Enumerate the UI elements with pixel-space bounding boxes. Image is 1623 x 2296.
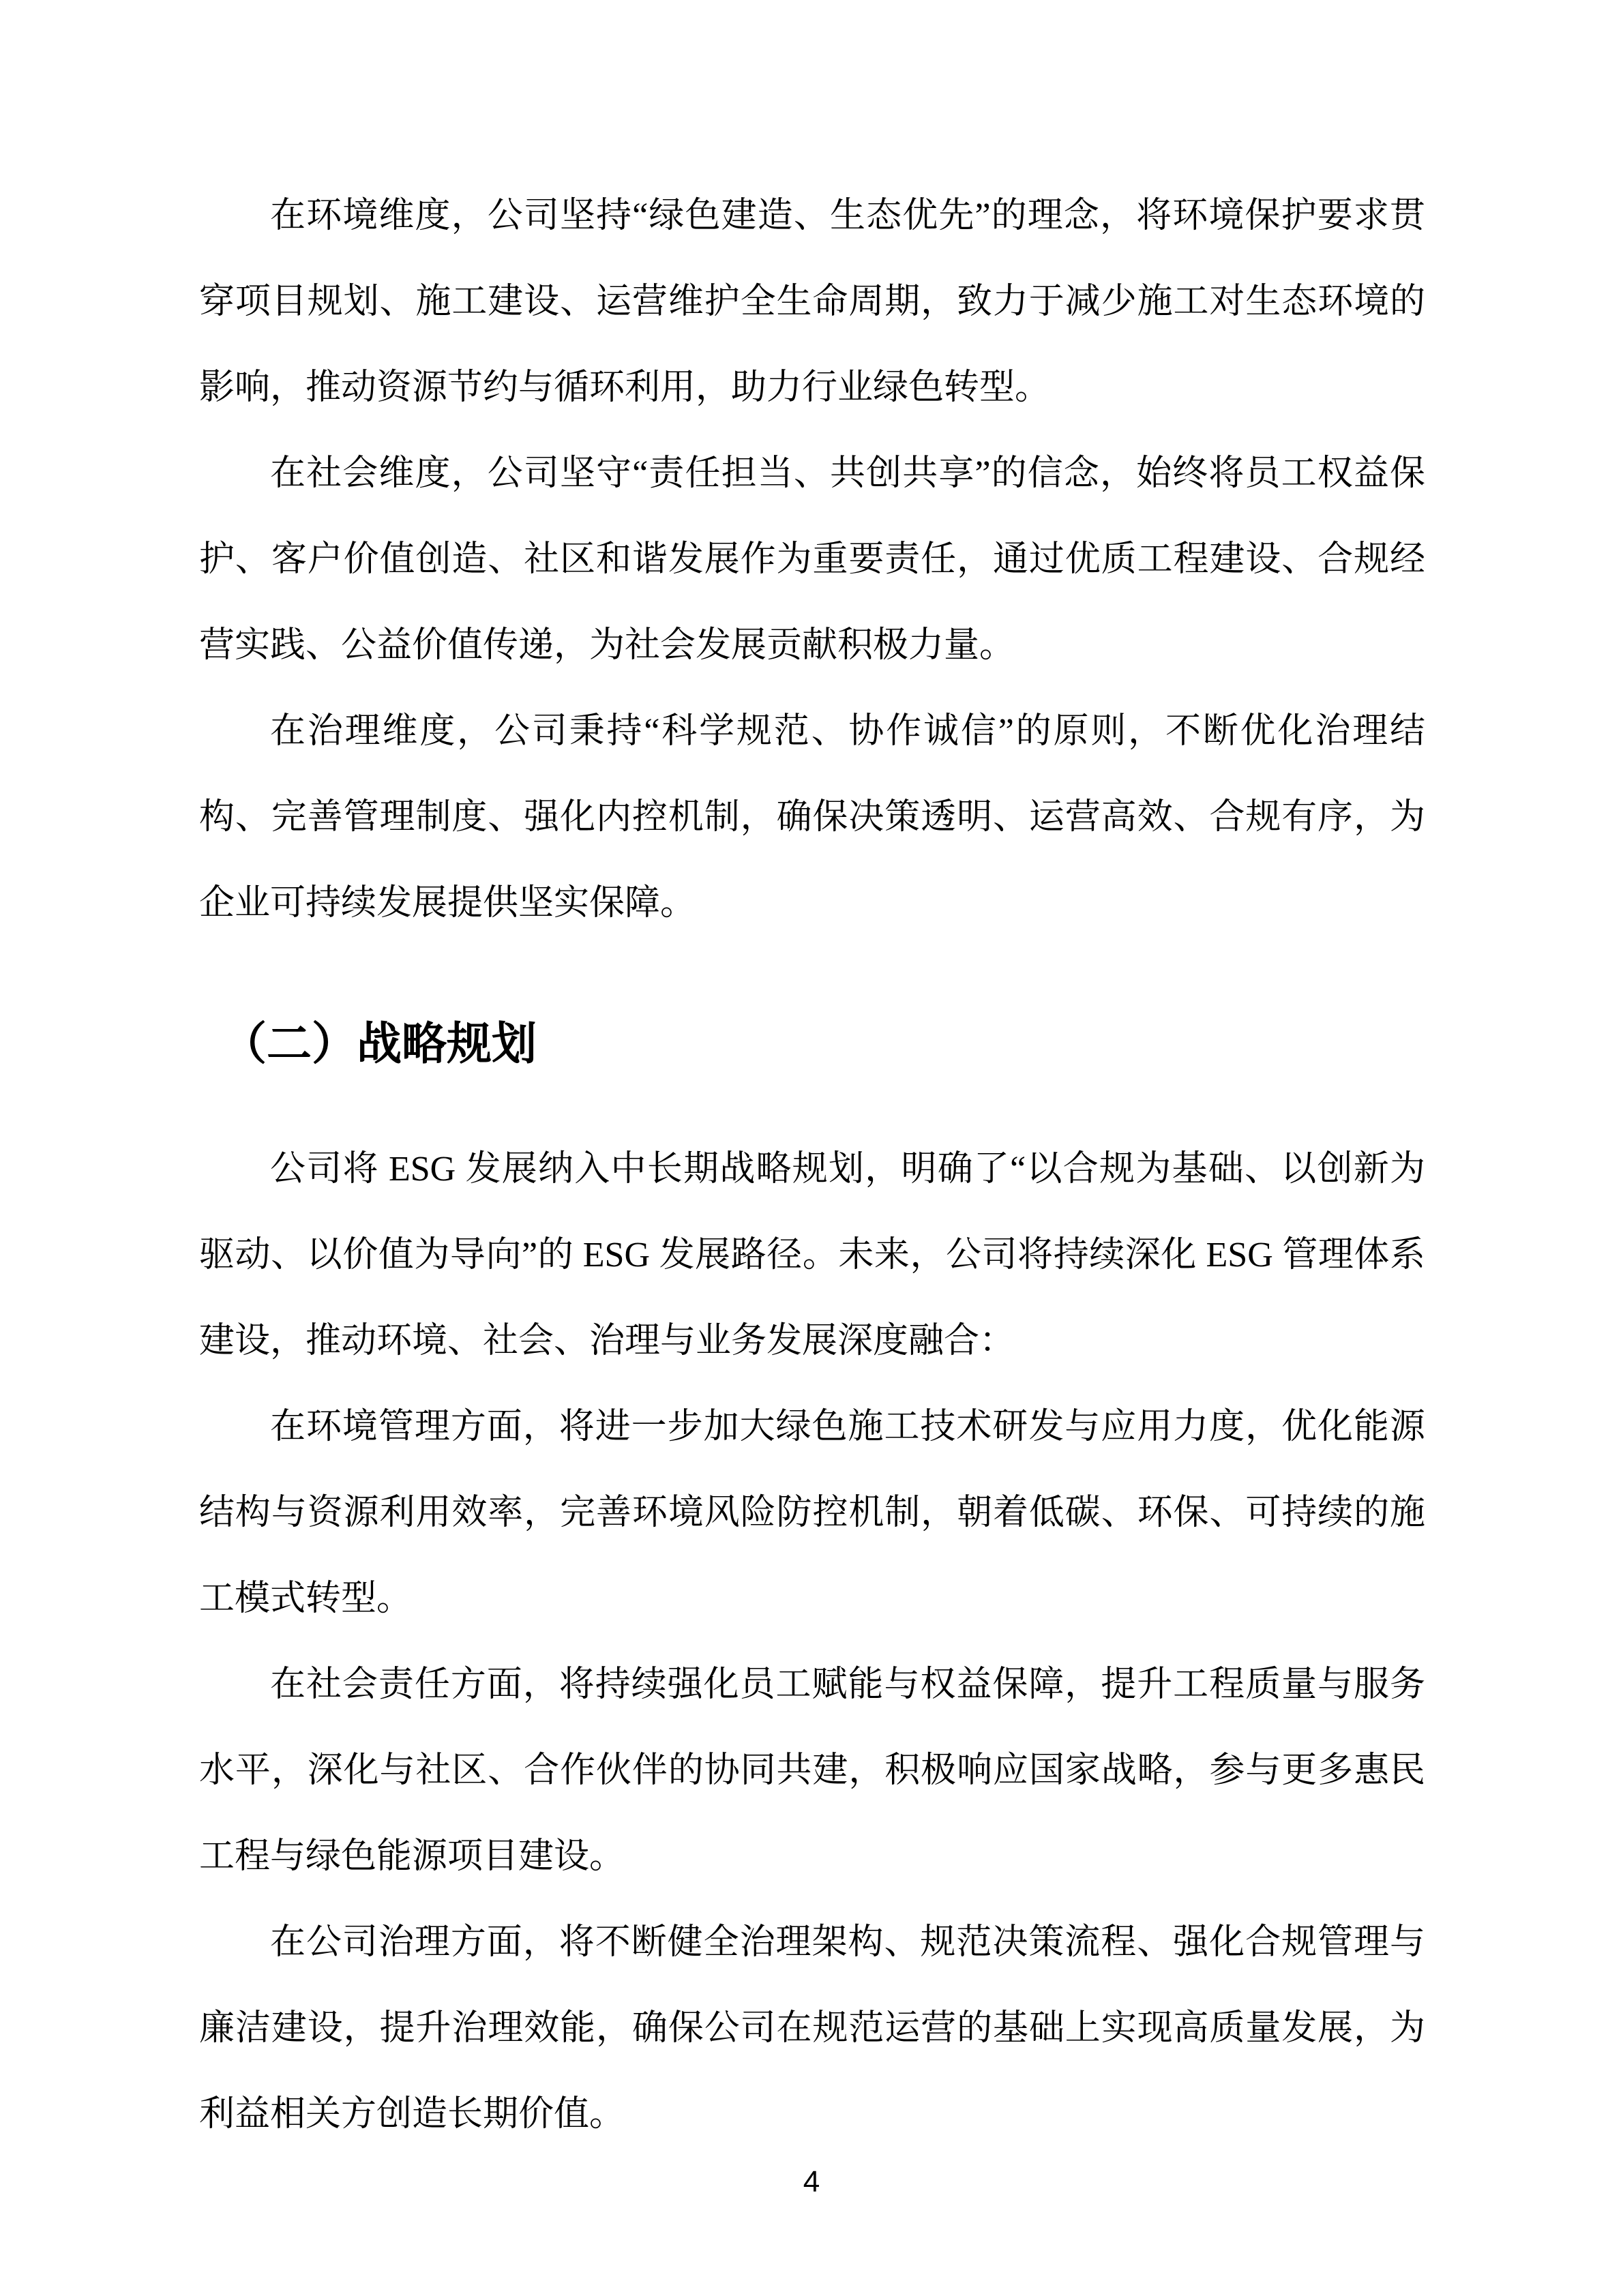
paragraph-environment-dimension: 在环境维度，公司坚持“绿色建造、生态优先”的理念，将环境保护要求贯穿项目规划、施… [199, 173, 1425, 431]
page-footer: 4 [0, 2165, 1623, 2199]
paragraph-corporate-governance-plan: 在公司治理方面，将不断健全治理架构、规范决策流程、强化合规管理与廉洁建设，提升治… [199, 1900, 1425, 2158]
document-body: 在环境维度，公司坚持“绿色建造、生态优先”的理念，将环境保护要求贯穿项目规划、施… [199, 173, 1425, 2158]
paragraph-governance-dimension: 在治理维度，公司秉持“科学规范、协作诚信”的原则，不断优化治理结构、完善管理制度… [199, 689, 1425, 946]
paragraph-social-responsibility-plan: 在社会责任方面，将持续强化员工赋能与权益保障，提升工程质量与服务水平，深化与社区… [199, 1642, 1425, 1900]
page-number: 4 [803, 2165, 820, 2198]
paragraph-environment-management-plan: 在环境管理方面，将进一步加大绿色施工技术研发与应用力度，优化能源结构与资源利用效… [199, 1384, 1425, 1642]
paragraph-esg-strategy-overview: 公司将 ESG 发展纳入中长期战略规划，明确了“以合规为基础、以创新为驱动、以价… [199, 1127, 1425, 1384]
document-page: 在环境维度，公司坚持“绿色建造、生态优先”的理念，将环境保护要求贯穿项目规划、施… [0, 0, 1623, 2296]
section-heading-strategic-planning: （二）战略规划 [199, 1009, 1425, 1077]
paragraph-social-dimension: 在社会维度，公司坚守“责任担当、共创共享”的信念，始终将员工权益保护、客户价值创… [199, 431, 1425, 689]
